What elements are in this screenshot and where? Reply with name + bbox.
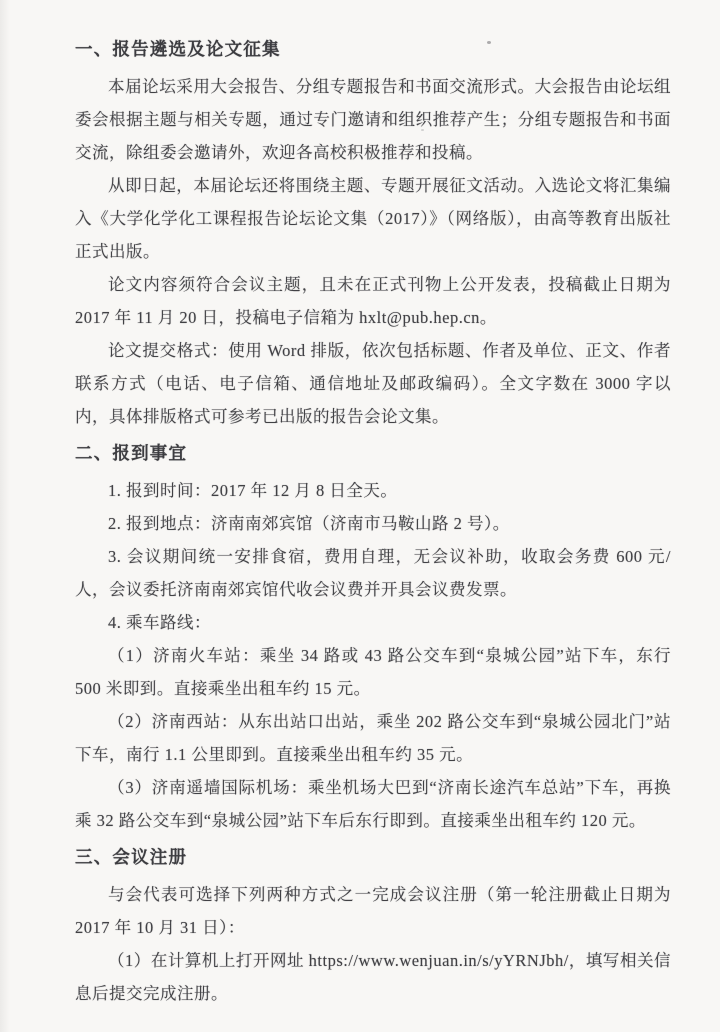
- paragraph: 论文提交格式：使用 Word 排版，依次包括标题、作者及单位、正文、作者联系方式…: [75, 334, 671, 433]
- paragraph: 3. 会议期间统一安排食宿，费用自理，无会议补助，收取会务费 600 元/人，会…: [75, 540, 671, 606]
- scanned-document-page: 一、报告遴选及论文征集本届论坛采用大会报告、分组专题报告和书面交流形式。大会报告…: [0, 0, 720, 1032]
- document-section: 二、报到事宜1. 报到时间：2017 年 12 月 8 日全天。2. 报到地点：…: [75, 437, 671, 837]
- paragraph: 论文内容须符合会议主题，且未在正式刊物上公开发表，投稿截止日期为 2017 年 …: [75, 268, 671, 334]
- paragraph: （2）济南西站：从东出站口出站，乘坐 202 路公交车到“泉城公园北门”站下车，…: [75, 705, 671, 771]
- paragraph: 1. 报到时间：2017 年 12 月 8 日全天。: [75, 474, 671, 507]
- scan-edge-shading: [0, 0, 10, 1032]
- document-section: 一、报告遴选及论文征集本届论坛采用大会报告、分组专题报告和书面交流形式。大会报告…: [75, 33, 671, 433]
- document-section: 三、会议注册与会代表可选择下列两种方式之一完成会议注册（第一轮注册截止日期为 2…: [75, 841, 671, 1010]
- section-heading: 一、报告遴选及论文征集: [75, 33, 671, 66]
- paragraph: （1）在计算机上打开网址 https://www.wenjuan.in/s/yY…: [75, 944, 671, 1010]
- section-heading: 三、会议注册: [75, 841, 671, 874]
- paragraph: 4. 乘车路线：: [75, 606, 671, 639]
- paragraph: 与会代表可选择下列两种方式之一完成会议注册（第一轮注册截止日期为 2017 年 …: [75, 878, 671, 944]
- paragraph: 从即日起，本届论坛还将围绕主题、专题开展征文活动。入选论文将汇集编入《大学化学化…: [75, 169, 671, 268]
- document-content: 一、报告遴选及论文征集本届论坛采用大会报告、分组专题报告和书面交流形式。大会报告…: [75, 33, 671, 1010]
- paragraph: 2. 报到地点：济南南郊宾馆（济南市马鞍山路 2 号）。: [75, 507, 671, 540]
- section-heading: 二、报到事宜: [75, 437, 671, 470]
- paragraph: （1）济南火车站：乘坐 34 路或 43 路公交车到“泉城公园”站下车，东行 5…: [75, 639, 671, 705]
- paragraph: 本届论坛采用大会报告、分组专题报告和书面交流形式。大会报告由论坛组委会根据主题与…: [75, 70, 671, 169]
- paragraph: （3）济南遥墙国际机场：乘坐机场大巴到“济南长途汽车总站”下车，再换乘 32 路…: [75, 771, 671, 837]
